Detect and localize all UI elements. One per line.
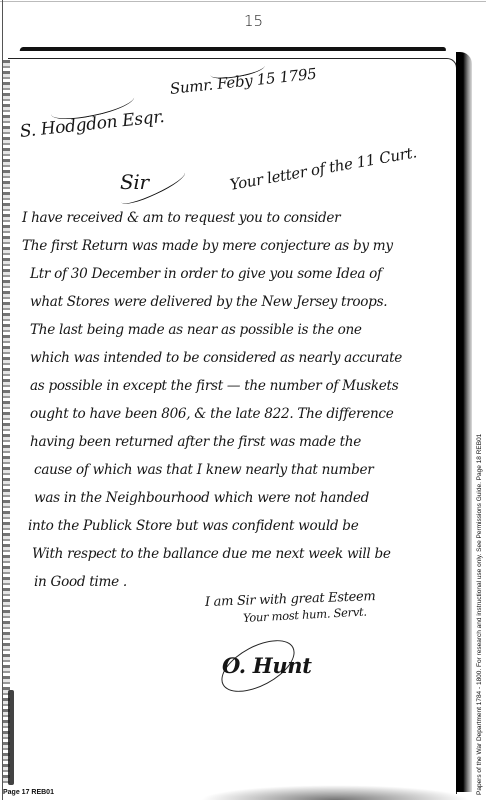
body-line: into the Publick Store but was confident… xyxy=(28,518,358,534)
paper-top-edge xyxy=(20,47,447,51)
scanned-page: 15 Sumr. Feby 15 1795 S. Hodgdon Esqr. S… xyxy=(0,0,486,800)
scan-top-rule xyxy=(0,1,486,2)
body-line: The first Return was made by mere conjec… xyxy=(22,238,393,254)
archive-side-caption: Papers of the War Department 1784 - 1800… xyxy=(476,195,483,795)
body-line: With respect to the ballance due me next… xyxy=(32,546,391,562)
right-binding-shadow xyxy=(456,52,472,792)
body-line: which was intended to be considered as n… xyxy=(30,350,402,366)
body-line: The last being made as near as possible … xyxy=(30,322,362,338)
body-line: Ltr of 30 December in order to give you … xyxy=(30,266,382,282)
bottom-smudge xyxy=(200,785,470,800)
signature: O. Hunt xyxy=(222,653,312,678)
archive-footer-id: Page 17 REB01 xyxy=(3,789,54,796)
body-line: as possible in except the first — the nu… xyxy=(30,378,398,394)
body-line: having been returned after the first was… xyxy=(30,434,361,450)
body-line: what Stores were delivered by the New Je… xyxy=(30,294,387,310)
body-line: was in the Neighbourhood which were not … xyxy=(34,490,369,506)
body-line: cause of which was that I knew nearly th… xyxy=(34,462,373,478)
body-line: ought to have been 806, & the late 822. … xyxy=(30,406,393,422)
body-line: in Good time . xyxy=(34,574,127,590)
body-line: I have received & am to request you to c… xyxy=(22,210,340,226)
page-number-mark: 15 xyxy=(244,12,263,30)
